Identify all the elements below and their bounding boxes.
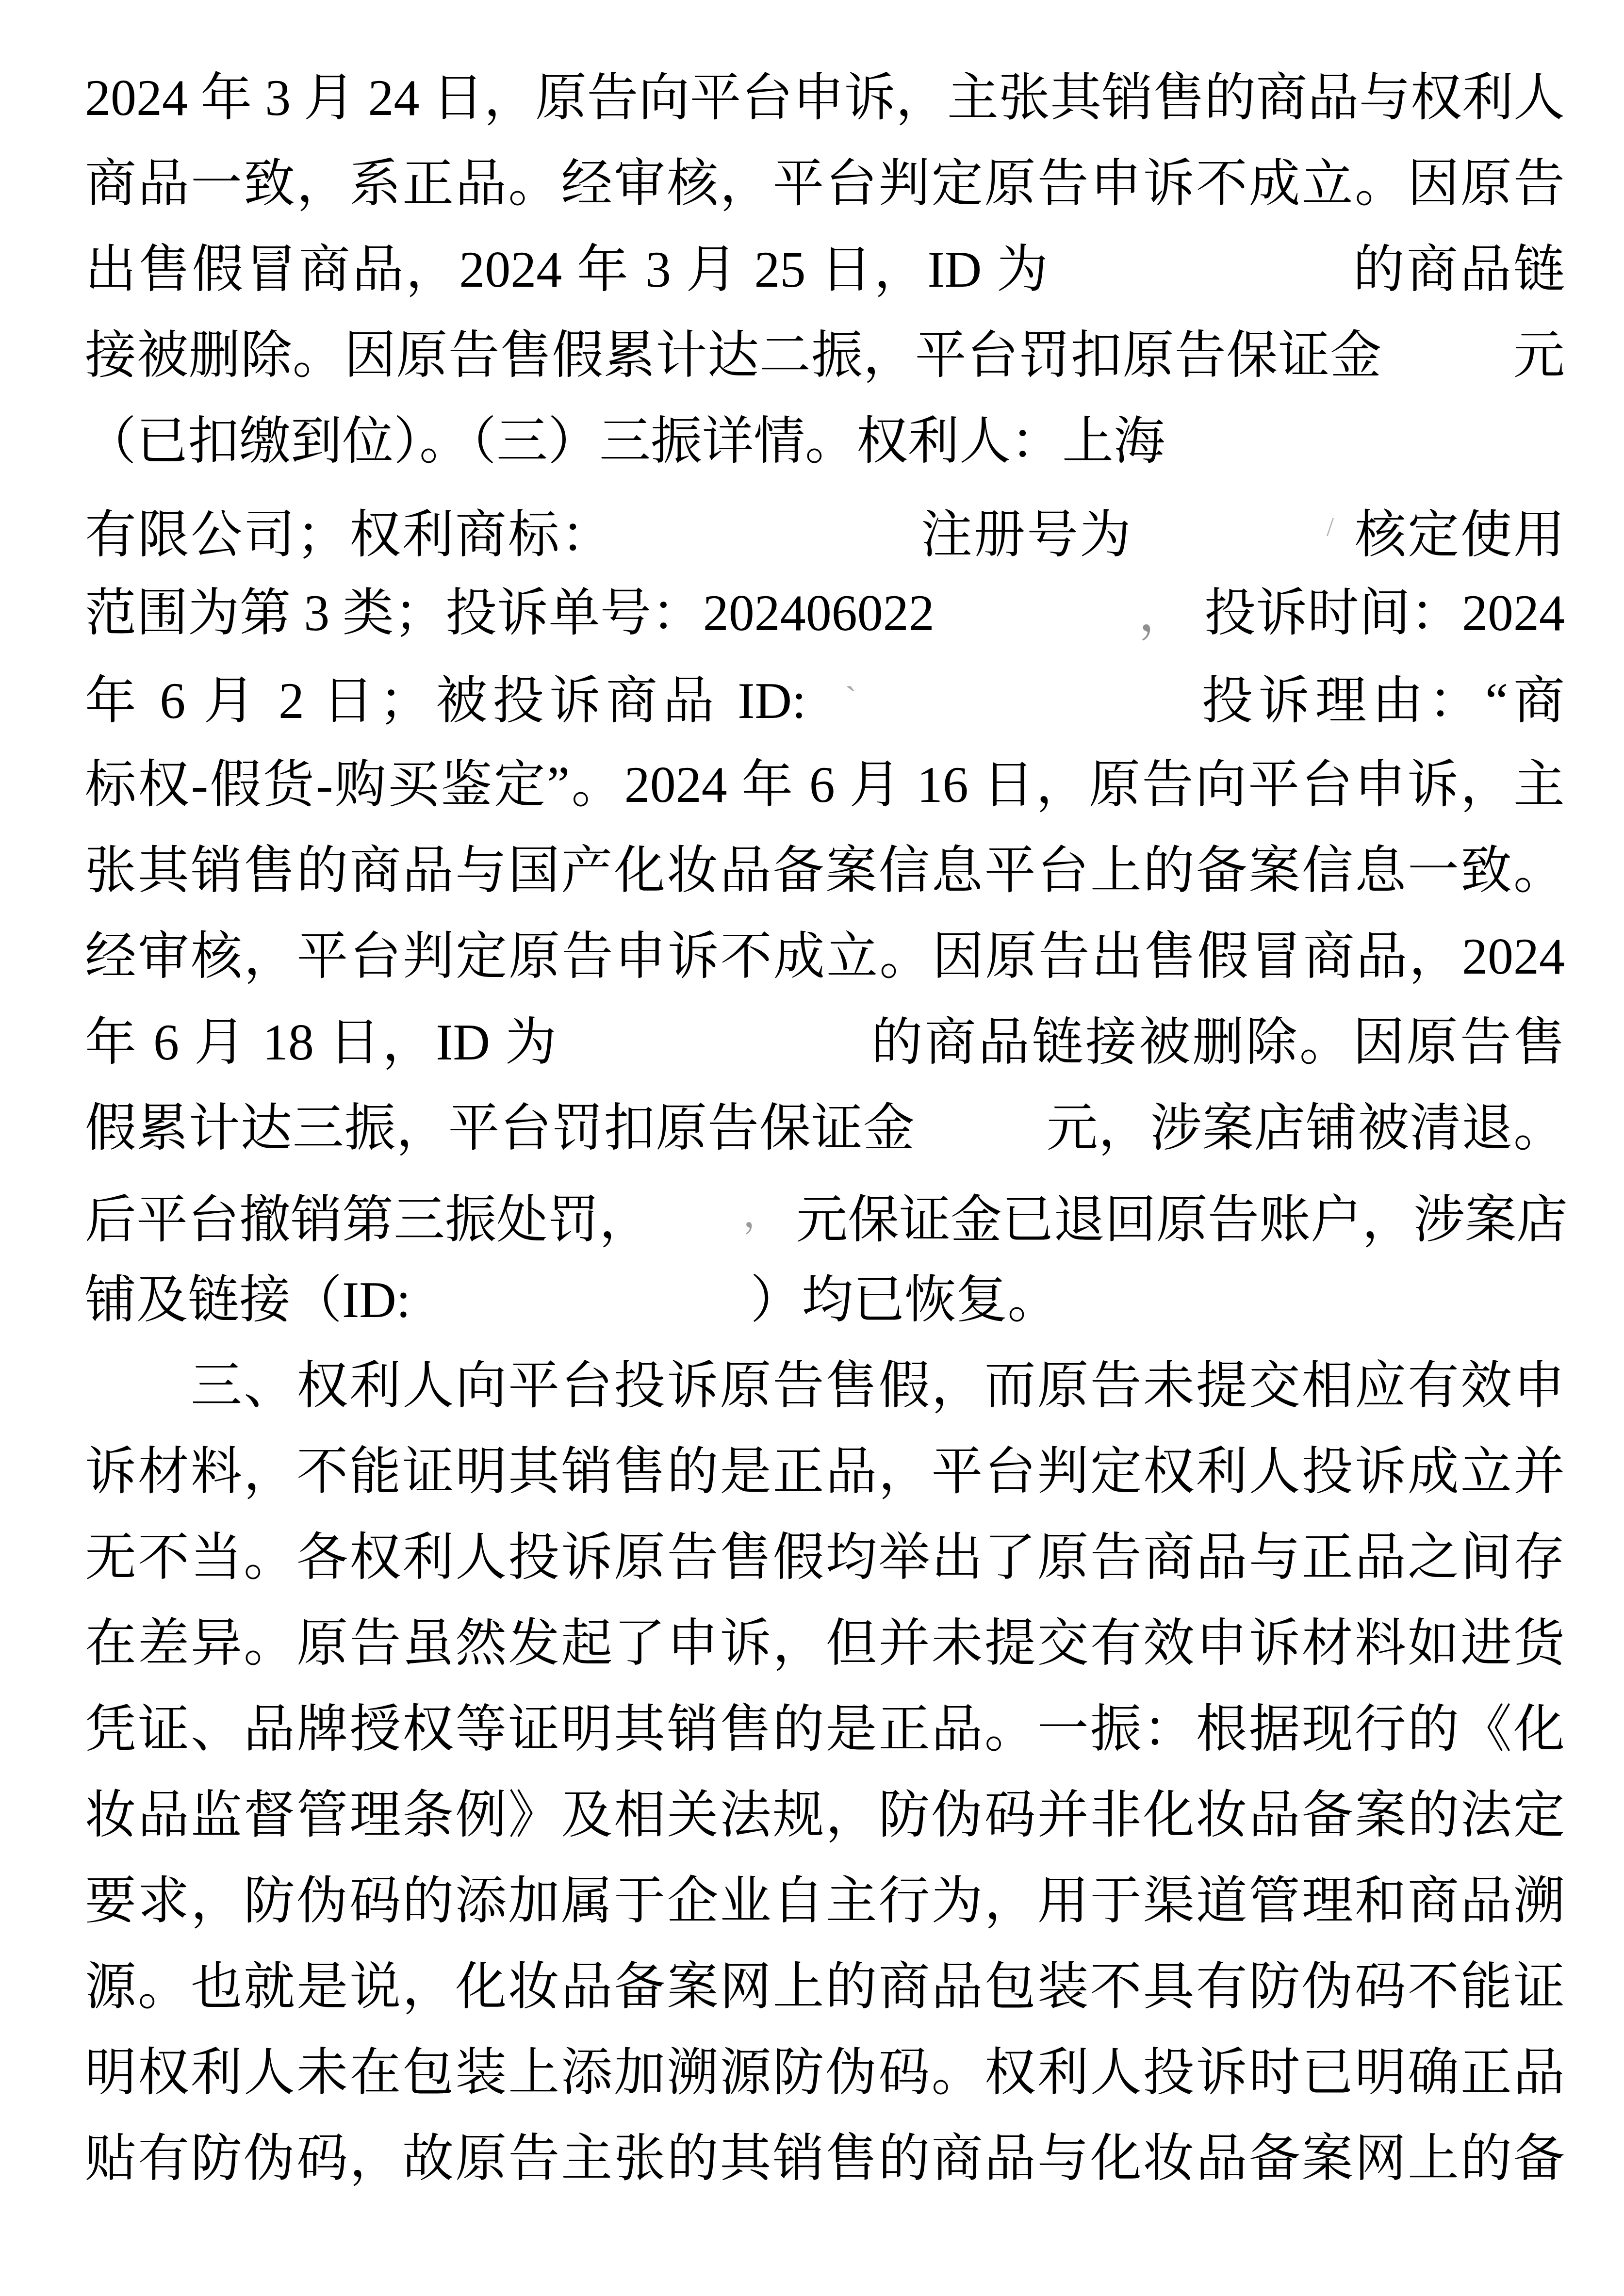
text-run: 在差异。原告虽然发起了申诉，但并未提交有效申诉材料如进货 xyxy=(85,1615,1565,1672)
text-run: 范围为第 3 类；投诉单号：202406022 xyxy=(85,585,935,641)
text-run: 贴有防伪码，故原告主张的其销售的商品与化妆品备案网上的备 xyxy=(85,2130,1565,2187)
text-run: 商品一致，系正品。经审核，平台判定原告申诉不成立。因原告 xyxy=(85,155,1565,212)
redaction-remnant-mark: ` xyxy=(845,679,857,718)
text-line-22: 要求，防伪码的添加属于企业自主行为，用于渠道管理和商品溯 xyxy=(85,1858,1565,1944)
text-run: 明权利人未在包装上添加溯源防伪码。权利人投诉时已明确正品 xyxy=(85,2044,1565,2101)
text-run: 妆品监督管理条例》及相关法规，防伪码并非化妆品备案的法定 xyxy=(85,1787,1565,1843)
redaction-gap xyxy=(1190,629,1204,630)
redaction-remnant-mark: / xyxy=(1327,512,1334,541)
redaction-gap xyxy=(1132,551,1327,552)
text-line-5: （已扣缴到位）。（三）三振详情。权利人：上海 xyxy=(85,398,1565,484)
redaction-gap xyxy=(614,551,919,552)
text-run: 年 6 月 2 日；被投诉商品 ID: xyxy=(85,672,806,729)
text-run: 接被删除。因原告售假累计达二振，平台罚扣原告保证金 xyxy=(85,327,1382,384)
text-line-23: 源。也就是说，化妆品备案网上的商品包装不具有防伪码不能证 xyxy=(85,1944,1565,2030)
text-run: 要求，防伪码的添加属于企业自主行为，用于渠道管理和商品溯 xyxy=(85,1873,1565,1929)
text-run: 的商品链 xyxy=(1351,241,1565,298)
document-body: 2024 年 3 月 24 日，原告向平台申诉，主张其销售的商品与权利人商品一致… xyxy=(85,55,1565,2201)
text-run: 投诉理由：“商 xyxy=(1197,672,1565,729)
text-run: 核定使用 xyxy=(1353,506,1565,563)
text-run: 有限公司；权利商标： xyxy=(85,506,614,563)
text-run: 的商品链接被删除。因原告售 xyxy=(869,1014,1565,1071)
text-line-16: 三、权利人向平台投诉原告售假，而原告未提交相应有效申 xyxy=(85,1343,1565,1429)
text-line-19: 在差异。原告虽然发起了申诉，但并未提交有效申诉材料如进货 xyxy=(85,1600,1565,1686)
text-run: 投诉时间：2024 xyxy=(1204,585,1565,641)
redaction-gap xyxy=(651,1236,743,1237)
text-run: 铺及链接（ID: xyxy=(85,1271,410,1328)
redaction-gap xyxy=(935,629,1138,630)
redaction-remnant-mark: ， xyxy=(743,1192,782,1235)
text-run: 凭证、品牌授权等证明其销售的是正品。一振：根据现行的《化 xyxy=(85,1701,1565,1758)
text-line-24: 明权利人未在包装上添加溯源防伪码。权利人投诉时已明确正品 xyxy=(85,2030,1565,2116)
text-line-2: 商品一致，系正品。经审核，平台判定原告申诉不成立。因原告 xyxy=(85,141,1565,227)
text-run: 出售假冒商品，2024 年 3 月 25 日，ID 为 xyxy=(85,241,1050,298)
redaction-gap xyxy=(558,1058,869,1059)
text-line-3: 出售假冒商品，2024 年 3 月 25 日，ID 为的商品链 xyxy=(85,227,1565,312)
text-run: 年 6 月 18 日，ID 为 xyxy=(85,1014,558,1071)
text-run: 元 xyxy=(1513,327,1565,384)
redaction-gap xyxy=(1165,457,1408,458)
text-run: 无不当。各权利人投诉原告售假均举出了原告商品与正品之间存 xyxy=(85,1529,1565,1586)
text-run: 元保证金已退回原告账户，涉案店 xyxy=(796,1191,1568,1248)
text-line-9: 标权-假货-购买鉴定”。2024 年 6 月 16 日，原告向平台申诉，主 xyxy=(85,742,1565,828)
text-line-17: 诉材料，不能证明其销售的是正品，平台判定权利人投诉成立并 xyxy=(85,1429,1565,1514)
text-line-25: 贴有防伪码，故原告主张的其销售的商品与化妆品备案网上的备 xyxy=(85,2116,1565,2201)
text-line-15: 铺及链接（ID:）均已恢复。 xyxy=(85,1257,1565,1343)
text-line-12: 年 6 月 18 日，ID 为的商品链接被删除。因原告售 xyxy=(85,999,1565,1085)
text-run: 后平台撤销第三振处罚， xyxy=(85,1191,651,1248)
text-line-7: 范围为第 3 类；投诉单号：202406022，投诉时间：2024 xyxy=(85,570,1565,656)
redaction-gap xyxy=(915,1144,1046,1145)
redaction-gap xyxy=(1050,286,1351,287)
text-run: 诉材料，不能证明其销售的是正品，平台判定权利人投诉成立并 xyxy=(85,1443,1565,1500)
redaction-remnant-mark: ， xyxy=(1138,585,1190,641)
text-run: 元，涉案店铺被清退。 xyxy=(1046,1100,1565,1156)
text-run: 经审核，平台判定原告申诉不成立。因原告出售假冒商品，2024 xyxy=(85,928,1565,985)
text-line-1: 2024 年 3 月 24 日，原告向平台申诉，主张其销售的商品与权利人 xyxy=(85,55,1565,141)
redaction-gap xyxy=(782,1236,796,1237)
text-run: 假累计达三振，平台罚扣原告保证金 xyxy=(85,1100,915,1156)
text-line-18: 无不当。各权利人投诉原告售假均举出了原告商品与正品之间存 xyxy=(85,1514,1565,1600)
text-run: 三、权利人向平台投诉原告售假，而原告未提交相应有效申 xyxy=(85,1357,1565,1414)
text-line-4: 接被删除。因原告售假累计达二振，平台罚扣原告保证金元 xyxy=(85,312,1565,398)
text-line-11: 经审核，平台判定原告申诉不成立。因原告出售假冒商品，2024 xyxy=(85,913,1565,999)
redaction-gap xyxy=(1382,372,1513,373)
text-line-20: 凭证、品牌授权等证明其销售的是正品。一振：根据现行的《化 xyxy=(85,1686,1565,1772)
text-run: 标权-假货-购买鉴定”。2024 年 6 月 16 日，原告向平台申诉，主 xyxy=(85,756,1565,813)
text-run: （已扣缴到位）。（三）三振详情。权利人：上海 xyxy=(85,413,1165,470)
text-line-8: 年 6 月 2 日；被投诉商品 ID:`投诉理由：“商 xyxy=(85,656,1565,742)
document-page: 2024 年 3 月 24 日，原告向平台申诉，主张其销售的商品与权利人商品一致… xyxy=(0,0,1624,2296)
text-run: 源。也就是说，化妆品备案网上的商品包装不具有防伪码不能证 xyxy=(85,1958,1565,2015)
text-run: ）均已恢复。 xyxy=(750,1271,1059,1328)
redaction-gap xyxy=(857,717,1197,718)
text-line-14: 后平台撤销第三振处罚，，元保证金已退回原告账户，涉案店 xyxy=(85,1171,1565,1257)
redaction-gap xyxy=(1334,551,1353,552)
redaction-gap xyxy=(410,1316,750,1317)
text-run: 2024 年 3 月 24 日，原告向平台申诉，主张其销售的商品与权利人 xyxy=(85,69,1565,126)
text-run: 注册号为 xyxy=(919,506,1132,563)
text-line-13: 假累计达三振，平台罚扣原告保证金元，涉案店铺被清退。 xyxy=(85,1085,1565,1171)
text-line-21: 妆品监督管理条例》及相关法规，防伪码并非化妆品备案的法定 xyxy=(85,1772,1565,1858)
text-line-10: 张其销售的商品与国产化妆品备案信息平台上的备案信息一致。 xyxy=(85,828,1565,913)
text-line-6: 有限公司；权利商标：注册号为/核定使用 xyxy=(85,484,1565,570)
text-run: 张其销售的商品与国产化妆品备案信息平台上的备案信息一致。 xyxy=(85,842,1565,899)
redaction-gap xyxy=(806,717,845,718)
